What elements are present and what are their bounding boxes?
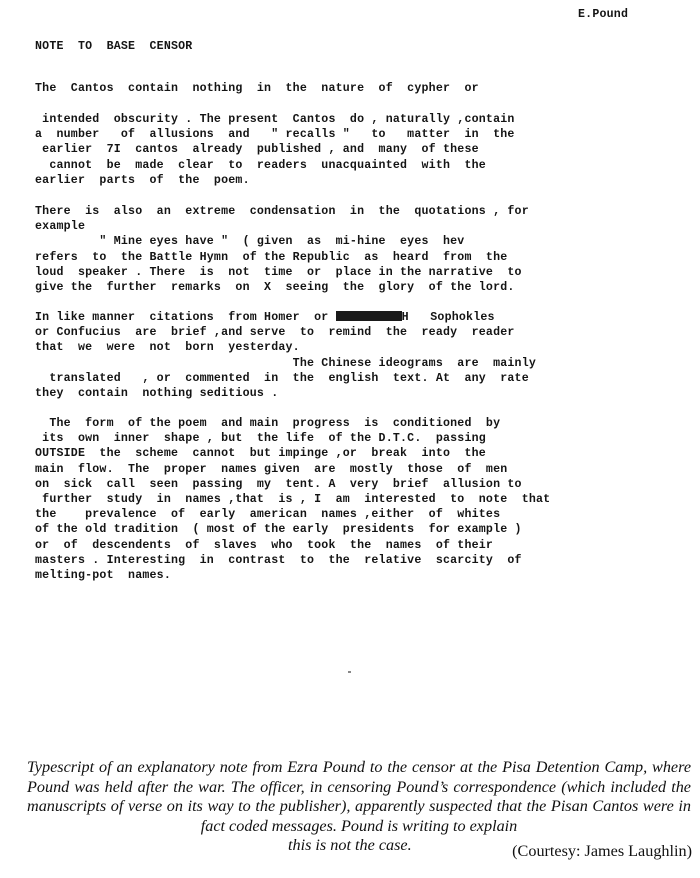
typed-line: the prevalence of early american names ,… [35,508,500,522]
typed-line: give the further remarks on X seeing the… [35,281,515,295]
typed-line: further study in names ,that is , I am i… [35,493,550,507]
typed-line: or Confucius are brief ,and serve to rem… [35,326,515,340]
caption-text: Typescript of an explanatory note from E… [27,758,691,835]
typed-line: melting-pot names. [35,569,171,583]
caption-last-line: this is not the case. [288,836,412,855]
typed-line: of the old tradition ( most of the early… [35,523,522,537]
typed-line: example [35,220,85,234]
typed-line: or of descendents of slaves who took the… [35,539,493,553]
typed-line: cannot be made clear to readers unacquai… [35,159,486,173]
typed-line: earlier 7I cantos already published , an… [35,143,479,157]
typescript-page: E.Pound NOTE TO BASE CENSOR The Cantos c… [0,0,700,104]
typed-line: its own inner shape , but the life of th… [35,432,486,446]
document-title: NOTE TO BASE CENSOR [35,40,192,53]
caption-courtesy: (Courtesy: James Laughlin) [512,842,692,861]
typed-line: In like manner citations from Homer or H… [35,311,495,325]
typed-line: earlier parts of the poem. [35,174,250,188]
typed-line: The Chinese ideograms are mainly [35,357,536,371]
typed-line: that we were not born yesterday. [35,341,300,355]
typed-line: on sick call seen passing my tent. A ver… [35,478,522,492]
typed-line: main flow. The proper names given are mo… [35,463,507,477]
typed-line: they contain nothing seditious . [35,387,278,401]
typed-line: The form of the poem and main progress i… [35,417,500,431]
typed-line: " Mine eyes have " ( given as mi-hine ey… [35,235,464,249]
typed-line: OUTSIDE the scheme cannot but impinge ,o… [35,447,486,461]
typed-line: translated , or commented in the english… [35,372,529,386]
figure-caption: Typescript of an explanatory note from E… [27,758,691,836]
signature: E.Pound [578,8,628,21]
typed-line: intended obscurity . The present Cantos … [35,113,515,127]
typed-line: masters . Interesting in contrast to the… [35,554,522,568]
typed-line: refers to the Battle Hymn of the Republi… [35,251,507,265]
typed-line: a number of allusions and " recalls " to… [35,128,515,142]
stray-mark [348,671,351,673]
typed-line: There is also an extreme condensation in… [35,205,529,219]
typed-line: loud speaker . There is not time or plac… [35,266,522,280]
strikeout-block [336,311,402,321]
typed-line: The Cantos contain nothing in the nature… [35,82,479,96]
